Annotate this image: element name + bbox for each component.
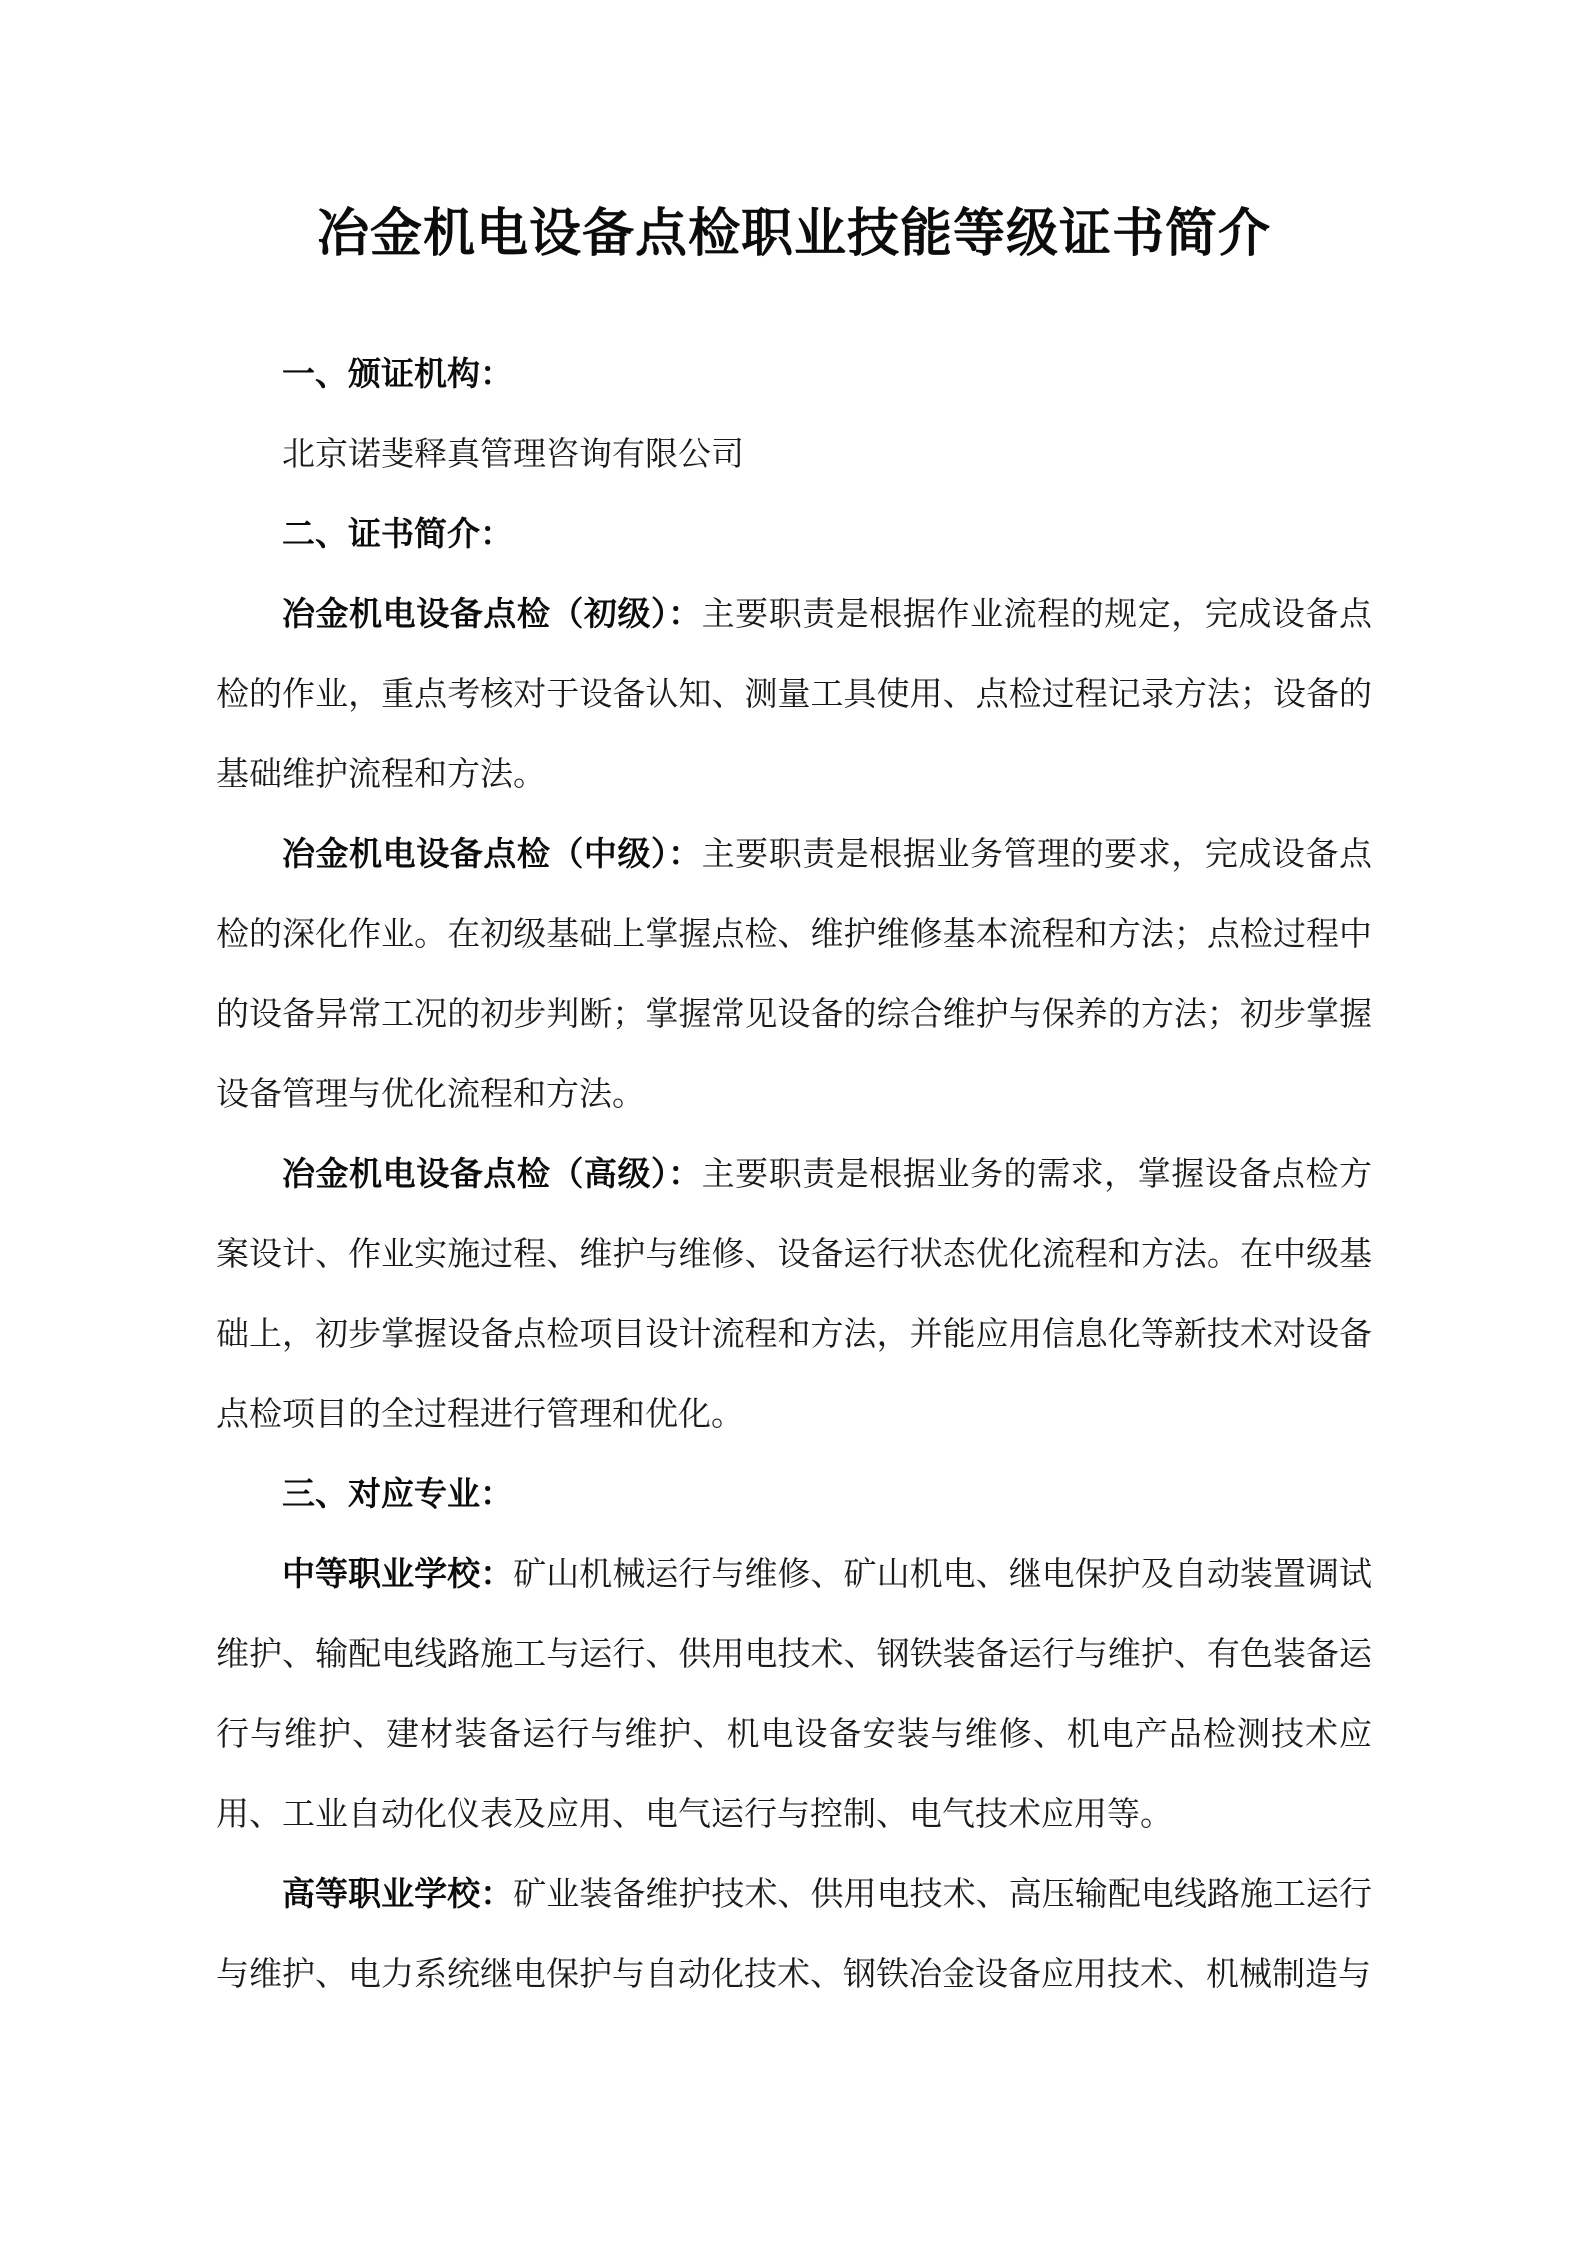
higher-vocational-lead: 高等职业学校： xyxy=(282,1877,513,1913)
majors-heading: 三、对应专业： xyxy=(216,1455,1372,1535)
document-page: 冶金机电设备点检职业技能等级证书简介 一、颁证机构： 北京诺斐释真管理咨询有限公… xyxy=(0,0,1588,2245)
document-body: 一、颁证机构： 北京诺斐释真管理咨询有限公司 二、证书简介： 冶金机电设备点检（… xyxy=(216,335,1372,2015)
level-junior-paragraph: 冶金机电设备点检（初级）：主要职责是根据作业流程的规定，完成设备点检的作业，重点… xyxy=(216,575,1372,815)
secondary-vocational-text: 矿山机械运行与维修、矿山机电、继电保护及自动装置调试维护、输配电线路施工与运行、… xyxy=(216,1557,1372,1833)
document-title: 冶金机电设备点检职业技能等级证书简介 xyxy=(216,190,1372,280)
level-senior-text: 主要职责是根据业务的需求，掌握设备点检方案设计、作业实施过程、维护与维修、设备运… xyxy=(216,1157,1372,1433)
secondary-vocational-lead: 中等职业学校： xyxy=(282,1557,513,1593)
issuer-heading: 一、颁证机构： xyxy=(216,335,1372,415)
issuer-name: 北京诺斐释真管理咨询有限公司 xyxy=(216,415,1372,495)
level-senior-paragraph: 冶金机电设备点检（高级）：主要职责是根据业务的需求，掌握设备点检方案设计、作业实… xyxy=(216,1135,1372,1455)
higher-vocational-paragraph: 高等职业学校：矿业装备维护技术、供用电技术、高压输配电线路施工运行与维护、电力系… xyxy=(216,1855,1372,2015)
level-intermediate-lead: 冶金机电设备点检（中级）： xyxy=(282,837,702,873)
level-intermediate-text: 主要职责是根据业务管理的要求，完成设备点检的深化作业。在初级基础上掌握点检、维护… xyxy=(216,837,1372,1113)
secondary-vocational-paragraph: 中等职业学校：矿山机械运行与维修、矿山机电、继电保护及自动装置调试维护、输配电线… xyxy=(216,1535,1372,1855)
level-junior-lead: 冶金机电设备点检（初级）： xyxy=(282,597,702,633)
level-senior-lead: 冶金机电设备点检（高级）： xyxy=(282,1157,702,1193)
level-intermediate-paragraph: 冶金机电设备点检（中级）：主要职责是根据业务管理的要求，完成设备点检的深化作业。… xyxy=(216,815,1372,1135)
certificate-intro-heading: 二、证书简介： xyxy=(216,495,1372,575)
